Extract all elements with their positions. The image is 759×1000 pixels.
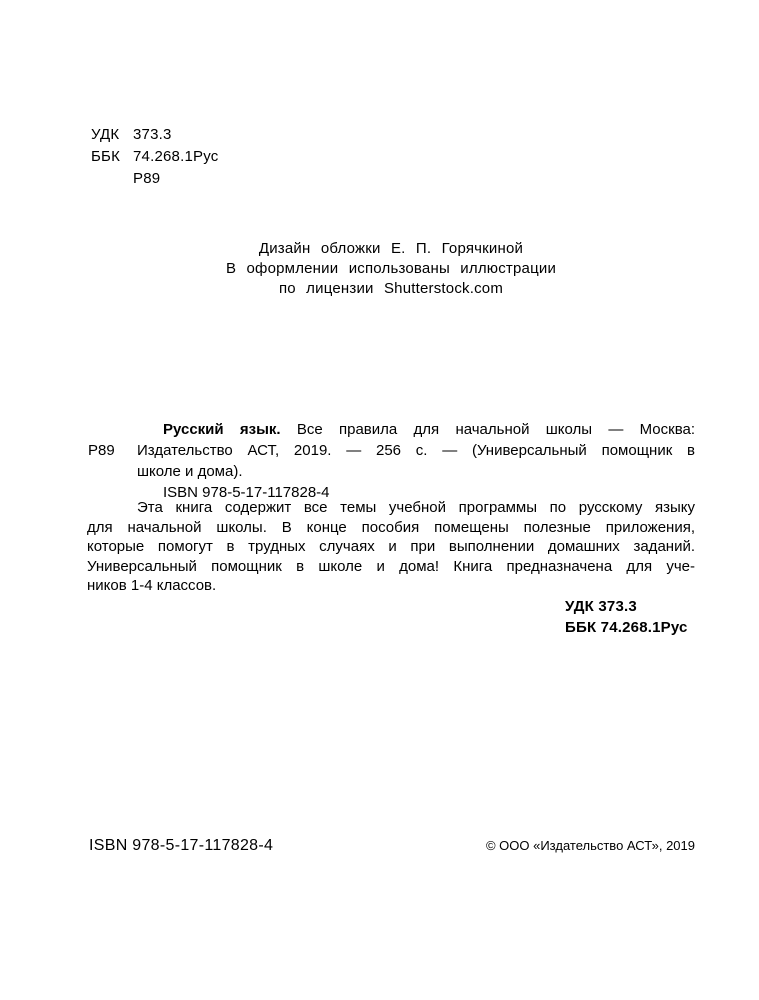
footer-isbn: ISBN 978-5-17-117828-4 xyxy=(89,836,273,856)
udk-line: УДК373.3 xyxy=(91,124,218,146)
credits-line-illustrations: В оформлении использованы иллюстрации xyxy=(87,259,695,279)
classification-codes-bold-block: УДК 373.3 ББК 74.268.1Рус xyxy=(565,596,688,638)
bbk-value: 74.268.1Рус xyxy=(133,148,218,165)
bibliographic-entry: Р89 Русский язык. Все правила для началь… xyxy=(88,419,695,503)
credits-line-license: по лицензии Shutterstock.com xyxy=(87,279,695,299)
annotation-line-4: Универсальный помощник в школе и дома! К… xyxy=(87,557,695,577)
entry-line-publisher: Издательство АСТ, 2019. — 256 с. — (Унив… xyxy=(137,440,695,461)
annotation-line-5: ников 1-4 классов. xyxy=(87,576,695,596)
classification-codes-block: УДК373.3 ББК74.268.1Рус Р89 xyxy=(91,124,218,190)
footer-line: ISBN 978-5-17-117828-4 © ООО «Издательст… xyxy=(89,836,695,856)
author-sign-margin: Р89 xyxy=(88,440,115,461)
author-sign-line: Р89 xyxy=(91,168,218,190)
footer-copyright: © ООО «Издательство АСТ», 2019 xyxy=(486,836,695,856)
udk-label: УДК xyxy=(91,124,133,146)
bbk-label: ББК xyxy=(91,146,133,168)
bbk-bold-value: ББК 74.268.1Рус xyxy=(565,617,688,638)
entry-line-title: Русский язык. Все правила для начальной … xyxy=(137,419,695,440)
credits-line-designer: Дизайн обложки Е. П. Горячкиной xyxy=(87,239,695,259)
entry-line-series-end: школе и дома). xyxy=(137,461,695,482)
udk-bold-value: УДК 373.3 xyxy=(565,596,688,617)
bbk-line: ББК74.268.1Рус xyxy=(91,146,218,168)
book-title: Русский язык. xyxy=(163,421,281,438)
book-imprint-page: УДК373.3 ББК74.268.1Рус Р89 Дизайн облож… xyxy=(0,0,759,1000)
annotation-line-1: Эта книга содержит все темы учебной прог… xyxy=(87,498,695,518)
cover-design-credits: Дизайн обложки Е. П. Горячкиной В оформл… xyxy=(87,239,695,299)
udk-value: 373.3 xyxy=(133,126,172,143)
bibliographic-entry-body: Русский язык. Все правила для начальной … xyxy=(137,419,695,503)
annotation-paragraph: Эта книга содержит все темы учебной прог… xyxy=(87,498,695,596)
author-sign-value: Р89 xyxy=(133,170,160,187)
annotation-line-3: которые помогут в трудных случаях и при … xyxy=(87,537,695,557)
entry-title-rest: Все правила для начальной школы — Москва… xyxy=(297,421,695,438)
annotation-line-2: для начальной школы. В конце пособия пом… xyxy=(87,518,695,538)
